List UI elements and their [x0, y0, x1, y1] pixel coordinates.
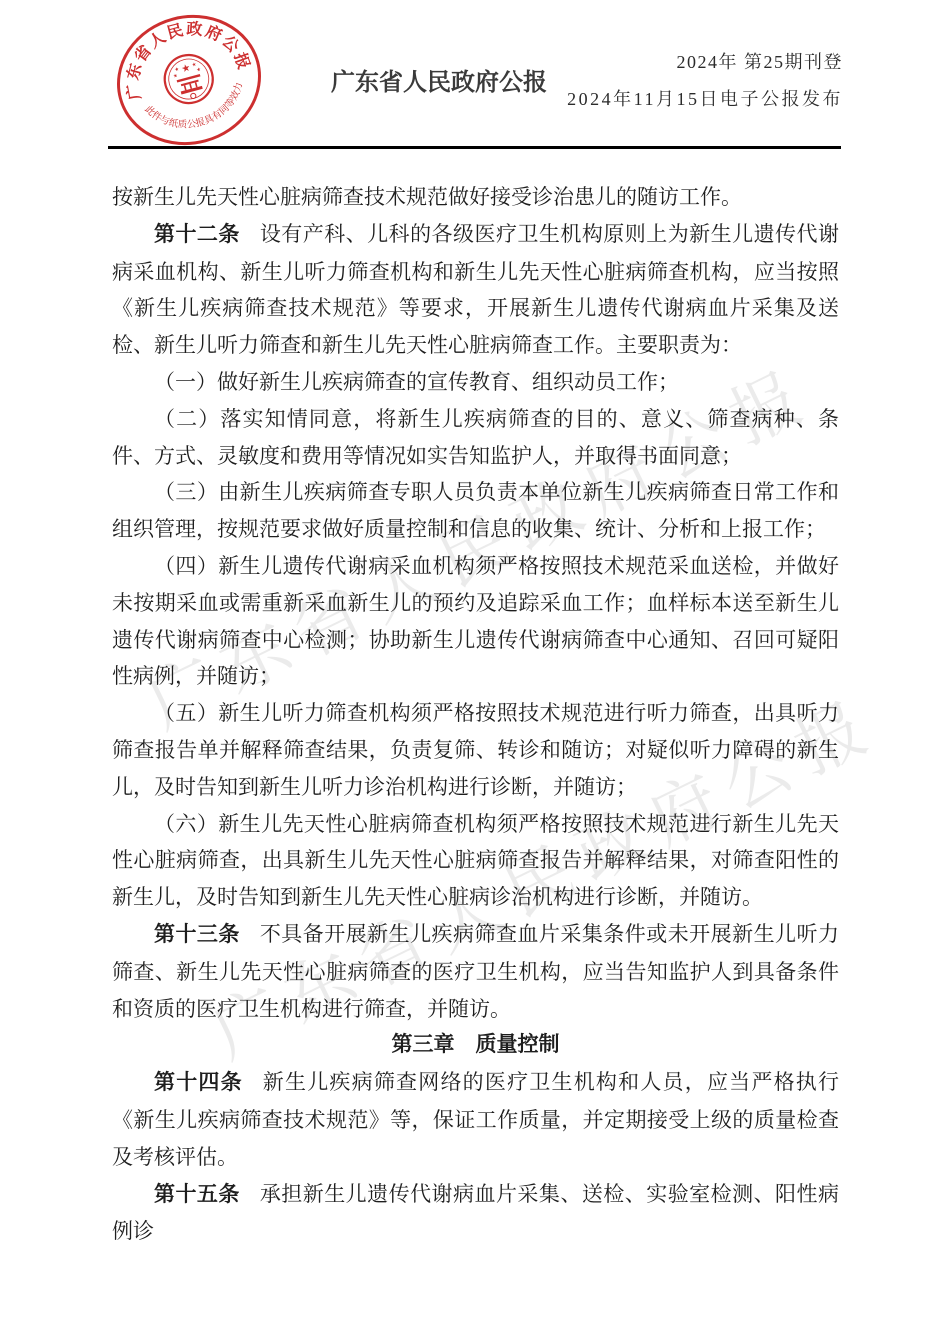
svg-text:★: ★ [196, 67, 202, 74]
seal-graphic: 广东省人民政府公报 此件与纸质公报具有同等效力 ★ ★ ★ ★ ★ [99, 0, 279, 165]
issue-line: 2024年 第25期刊登 [567, 50, 843, 74]
svg-text:★: ★ [173, 73, 179, 80]
header-meta: 2024年 第25期刊登 2024年11月15日电子公报发布 [567, 50, 843, 111]
gazette-seal: 广东省人民政府公报 此件与纸质公报具有同等效力 ★ ★ ★ ★ ★ [99, 0, 279, 165]
paragraph-text: （五）新生儿听力筛查机构须严格按照技术规范进行听力筛查，出具听力筛查报告单并解释… [112, 701, 839, 799]
header-divider [108, 146, 841, 149]
paragraph: （一）做好新生儿疾病筛查的宣传教育、组织动员工作； [112, 364, 839, 401]
paragraph-text: （三）由新生儿疾病筛查专职人员负责本单位新生儿疾病筛查日常工作和组织管理，按规范… [112, 480, 839, 541]
paragraph-text: （二）落实知情同意，将新生儿疾病筛查的目的、意义、筛查病种、条件、方式、灵敏度和… [112, 407, 839, 468]
paragraph: 第十四条新生儿疾病筛查网络的医疗卫生机构和人员，应当严格执行《新生儿疾病筛查技术… [112, 1064, 839, 1175]
paragraph: 第十五条承担新生儿遗传代谢病血片采集、送检、实验室检测、阳性病例诊 [112, 1176, 839, 1251]
article-number: 第十五条 [154, 1183, 240, 1206]
document-body: 按新生儿先天性心脏病筛查技术规范做好接受诊治患儿的随访工作。第十二条设有产科、儿… [112, 179, 839, 1250]
national-emblem-icon: ★ ★ ★ ★ ★ [159, 50, 218, 109]
paragraph-text: （六）新生儿先天性心脏病筛查机构须严格按照技术规范进行新生儿先天性心脏病筛查，出… [112, 812, 839, 910]
paragraph-text: 第三章 质量控制 [392, 1033, 560, 1056]
gazette-page: 广东省人民政府公报 广东省人民政府公报 广东省人民政府公报 此件与纸质公报具有同… [0, 0, 945, 1336]
article-number: 第十三条 [154, 923, 240, 946]
paragraph: 按新生儿先天性心脏病筛查技术规范做好接受诊治患儿的随访工作。 [112, 179, 839, 216]
gazette-title: 广东省人民政府公报 [331, 62, 547, 97]
paragraph: 第三章 质量控制 [112, 1027, 839, 1064]
svg-text:★: ★ [180, 62, 192, 75]
release-date-line: 2024年11月15日电子公报发布 [567, 87, 843, 111]
article-number: 第十四条 [154, 1071, 243, 1094]
paragraph: 第十三条不具备开展新生儿疾病筛查血片采集条件或未开展新生儿听力筛查、新生儿先天性… [112, 916, 839, 1027]
paragraph-text: 按新生儿先天性心脏病筛查技术规范做好接受诊治患儿的随访工作。 [112, 185, 742, 209]
paragraph-text: （四）新生儿遗传代谢病采血机构须严格按照技术规范采血送检，并做好未按期采血或需重… [112, 554, 839, 688]
article-number: 第十二条 [154, 223, 240, 246]
paragraph: （四）新生儿遗传代谢病采血机构须严格按照技术规范采血送检，并做好未按期采血或需重… [112, 548, 839, 695]
paragraph: （六）新生儿先天性心脏病筛查机构须严格按照技术规范进行新生儿先天性心脏病筛查，出… [112, 806, 839, 916]
paragraph: （三）由新生儿疾病筛查专职人员负责本单位新生儿疾病筛查日常工作和组织管理，按规范… [112, 474, 839, 548]
paragraph: （二）落实知情同意，将新生儿疾病筛查的目的、意义、筛查病种、条件、方式、灵敏度和… [112, 401, 839, 475]
paragraph-text: （一）做好新生儿疾病筛查的宣传教育、组织动员工作； [154, 370, 679, 394]
seal-top-text: 广东省人民政府公报 [109, 5, 254, 103]
paragraph: 第十二条设有产科、儿科的各级医疗卫生机构原则上为新生儿遗传代谢病采血机构、新生儿… [112, 216, 839, 364]
paragraph: （五）新生儿听力筛查机构须严格按照技术规范进行听力筛查，出具听力筛查报告单并解释… [112, 695, 839, 805]
seal-top-text-holder: 广东省人民政府公报 [109, 5, 254, 103]
